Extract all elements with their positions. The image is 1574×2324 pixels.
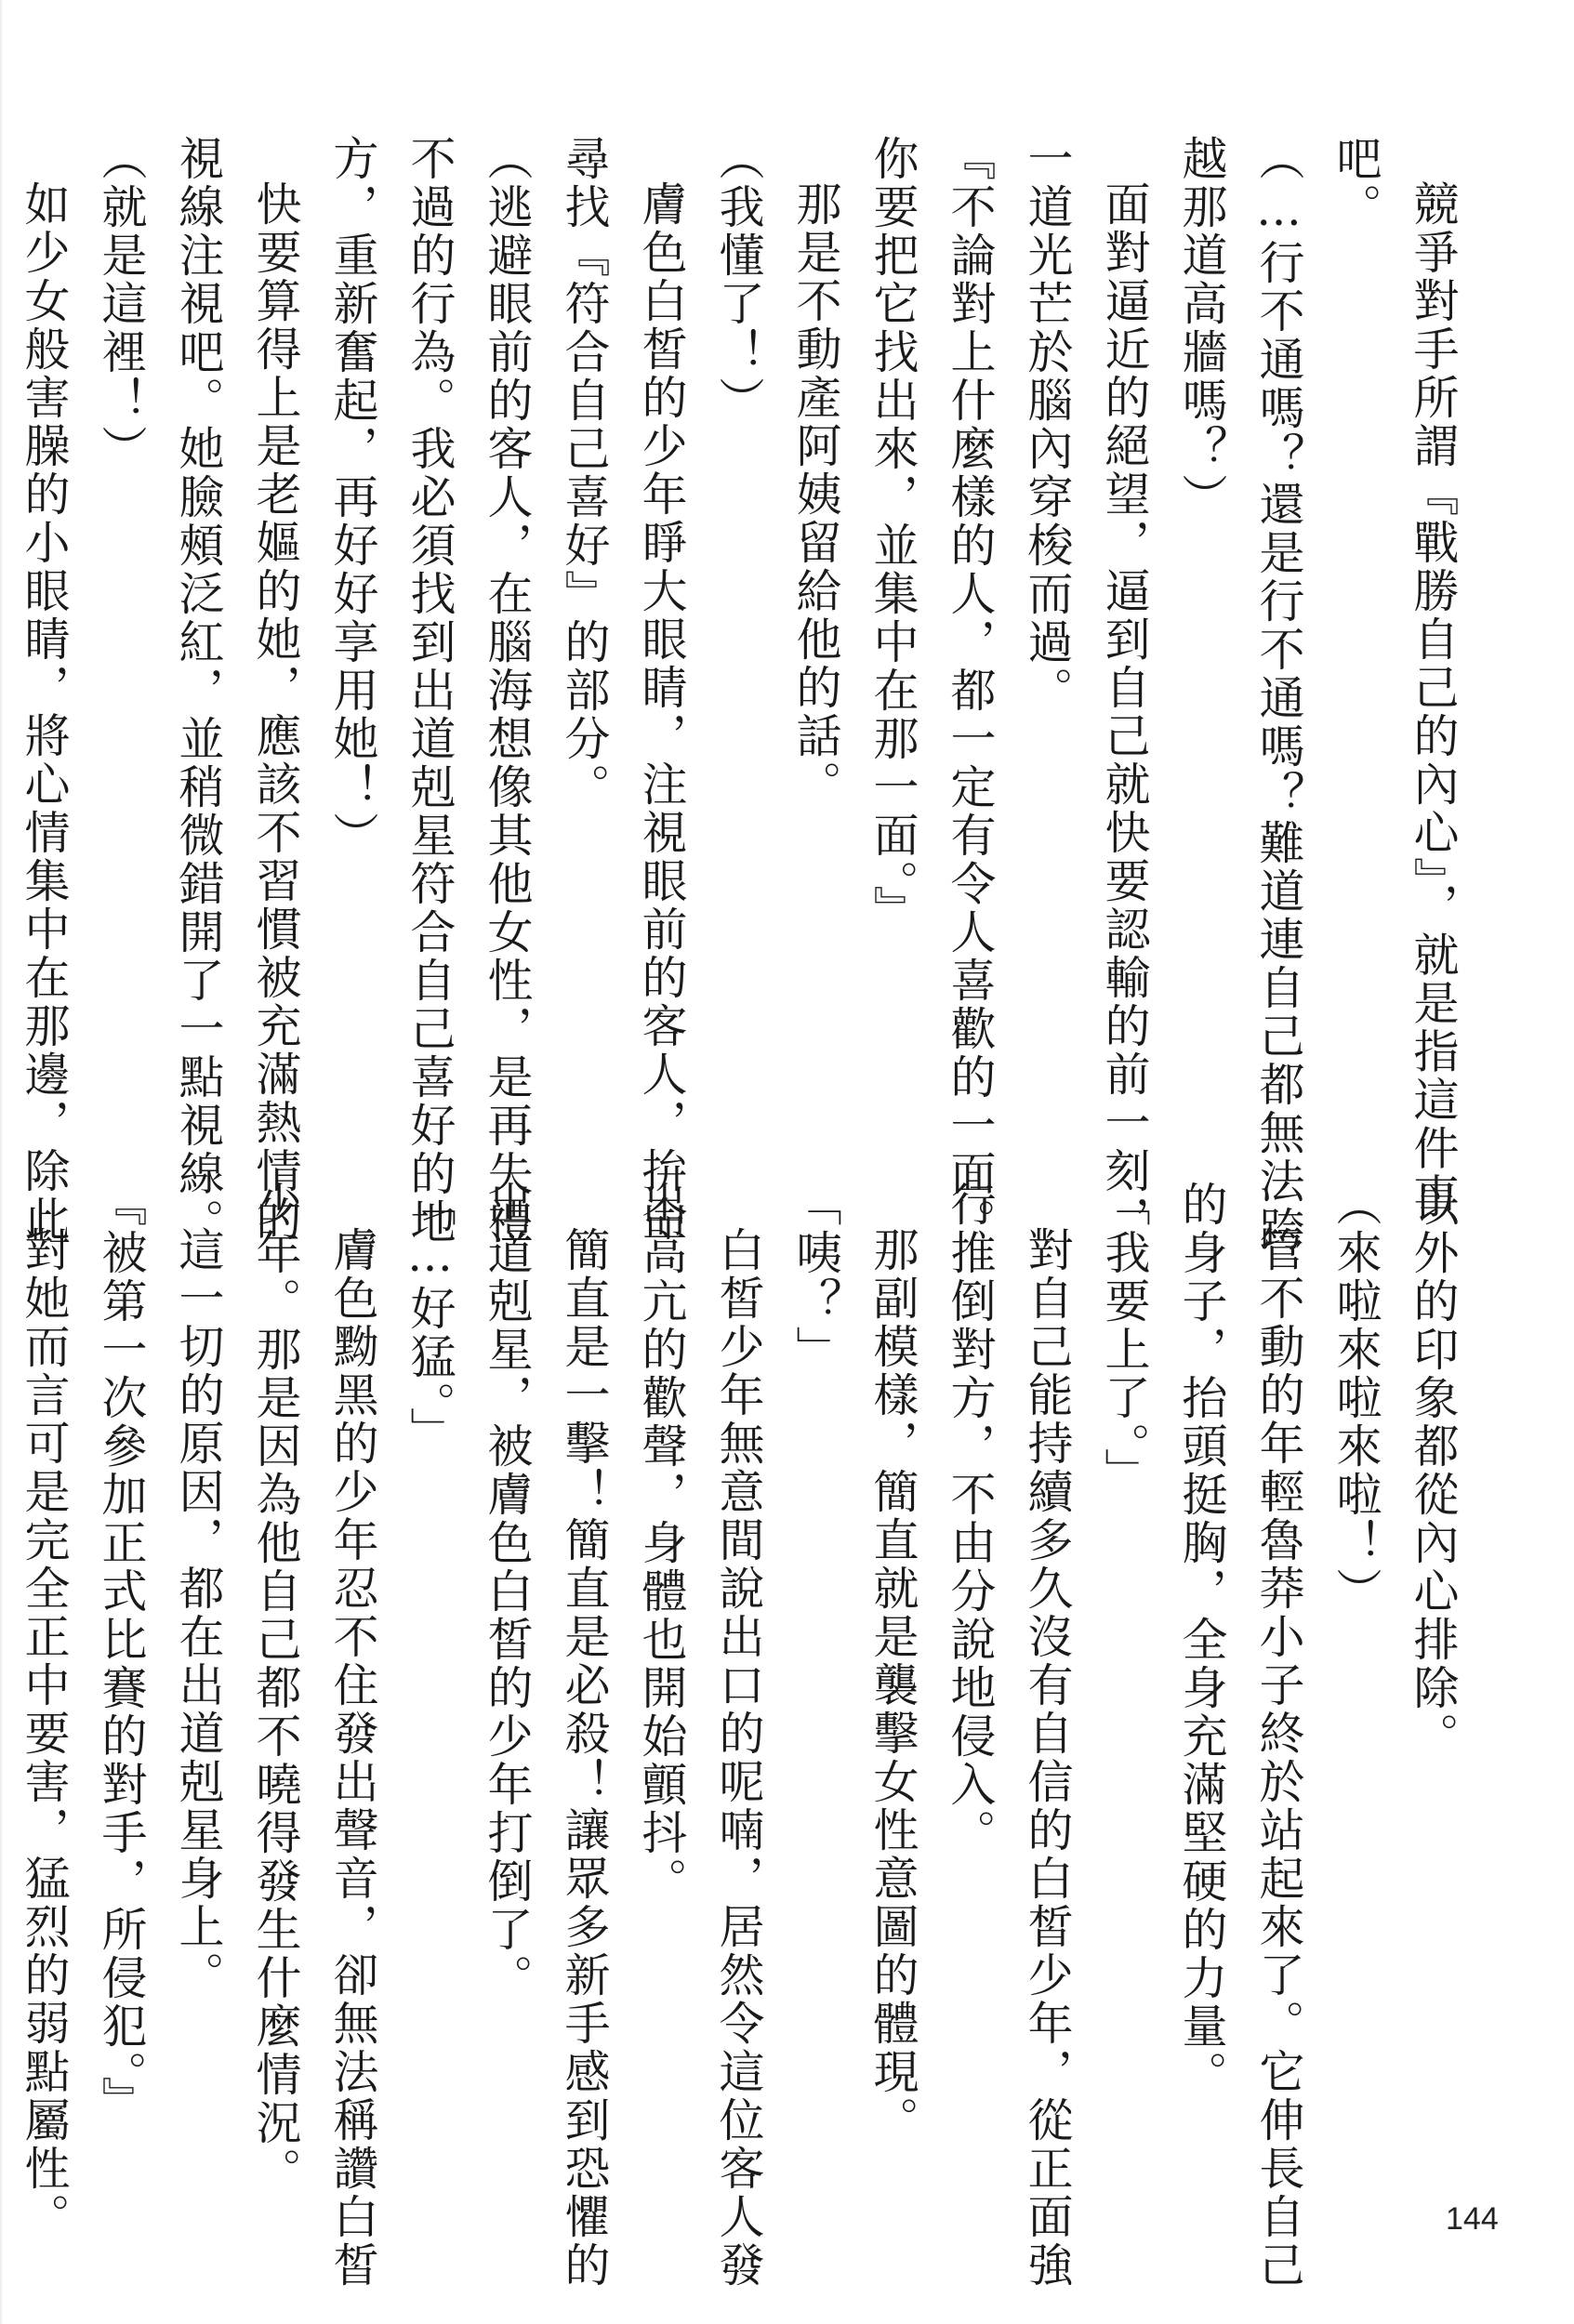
text-column: 『被第一次參加正式比賽的對手，所侵犯。』: [83, 1181, 160, 2119]
text-column: 那副模樣，簡直就是襲擊女性意圖的體現。: [854, 1181, 932, 2119]
text-column: 尋找『符合自己喜好』的部分。: [546, 135, 623, 1074]
text-column: （就是這裡！）: [83, 135, 160, 1074]
text-column: 視線注視吧。她臉頰泛紅，並稍微錯開了一點視線。: [160, 135, 237, 1074]
text-column: 少年。那是因為他自己都不曉得發生什麼情況。: [237, 1181, 314, 2119]
text-column: 面對逼近的絕望，逼到自己就快要認輸的前一刻，: [1086, 135, 1163, 1074]
text-column: 管不動的年輕魯莽小子終於站起來了。它伸長自己: [1240, 1181, 1317, 2119]
text-column: 一道光芒於腦內穿梭而過。: [1009, 135, 1086, 1074]
text-column: 以外的印象都從內心排除。: [1395, 1181, 1472, 2119]
text-column: （逃避眼前的客人，在腦海想像其他女性，是再失禮: [469, 135, 546, 1074]
text-column: 快要算得上是老嫗的她，應該不習慣被充滿熱情的: [237, 135, 314, 1074]
text-column: 吧。: [1317, 135, 1395, 1074]
text-column: 出高亢的歡聲，身體也開始顫抖。: [623, 1181, 700, 2119]
text-column: 「我要上了。」: [1086, 1181, 1163, 2119]
text-block-top: 競爭對手所謂『戰勝自己的內心』，就是指這件事吧。（…行不通嗎？還是行不通嗎？難道…: [96, 135, 1472, 1074]
text-column: 這一切的原因，都在出道剋星身上。: [160, 1181, 237, 2119]
text-column: （來啦來啦來啦！）: [1317, 1181, 1395, 2119]
text-column: 膚色黝黑的少年忍不住發出聲音，卻無法稱讚白皙: [314, 1181, 391, 2119]
text-block-bottom: 以外的印象都從內心排除。（來啦來啦來啦！）管不動的年輕魯莽小子終於站起來了。它伸…: [96, 1181, 1472, 2119]
text-column: 越那道高牆嗎？）: [1163, 135, 1240, 1074]
text-column: 你要把它找出來，並集中在那一面。』: [854, 135, 932, 1074]
text-column: 出道剋星，被膚色白皙的少年打倒了。: [469, 1181, 546, 2119]
text-column: 方，重新奮起，再好好享用她！）: [314, 135, 391, 1074]
text-column: （我懂了！）: [700, 135, 777, 1074]
text-column: 如少女般害臊的小眼睛，將心情集中在那邊，除此: [6, 135, 83, 1074]
book-page: 競爭對手所謂『戰勝自己的內心』，就是指這件事吧。（…行不通嗎？還是行不通嗎？難道…: [0, 0, 1574, 2324]
page-number: 144: [1446, 2201, 1499, 2238]
text-column: 「咦？」: [777, 1181, 854, 2119]
text-column: 白皙少年無意間說出口的呢喃，居然令這位客人發: [700, 1181, 777, 2119]
text-column: 的身子，抬頭挺胸，全身充滿堅硬的力量。: [1163, 1181, 1240, 2119]
text-column: 對自己能持續多久沒有自信的白皙少年，從正面強: [1009, 1181, 1086, 2119]
page-edge-divider: [0, 0, 2, 2324]
text-column: 對她而言可是完全正中要害，猛烈的弱點屬性。: [6, 1181, 83, 2119]
text-column: 膚色白皙的少年睜大眼睛，注視眼前的客人，拚命: [623, 135, 700, 1074]
text-column: 不過的行為。我必須找到出道剋星符合自己喜好的地: [391, 135, 469, 1074]
text-column: 『不論對上什麼樣的人，都一定有令人喜歡的一面。: [932, 135, 1009, 1074]
text-column: 行推倒對方，不由分說地侵入。: [932, 1181, 1009, 2119]
text-column: 簡直是一擊！簡直是必殺！讓眾多新手感到恐懼的: [546, 1181, 623, 2119]
text-column: （…行不通嗎？還是行不通嗎？難道連自己都無法跨: [1240, 135, 1317, 1074]
text-column: 那是不動產阿姨留給他的話。: [777, 135, 854, 1074]
text-column: 競爭對手所謂『戰勝自己的內心』，就是指這件事: [1395, 135, 1472, 1074]
text-column: 「…好猛。」: [391, 1181, 469, 2119]
